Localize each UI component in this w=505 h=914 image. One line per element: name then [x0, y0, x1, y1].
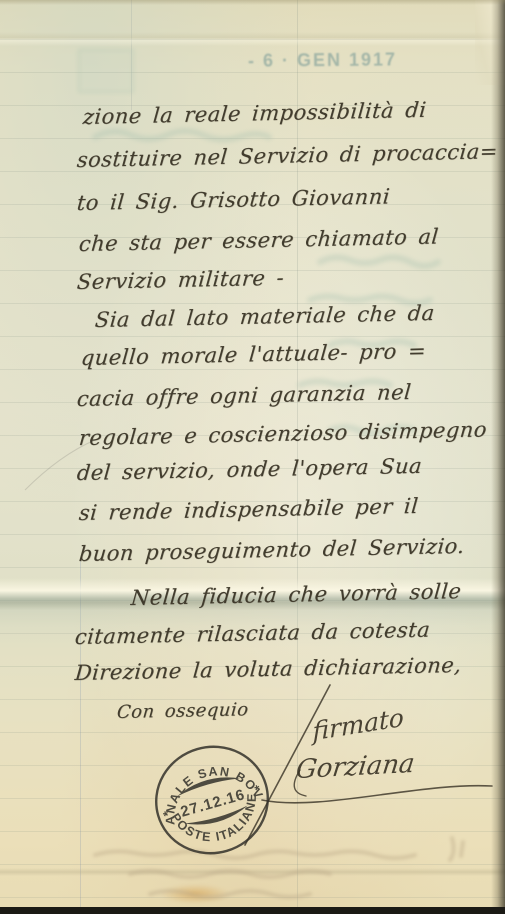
signature-word: firmato [312, 703, 404, 747]
letter-line: buon proseguimento del Servizio. [78, 533, 466, 567]
postmark-group: CANALE SAN BOVO POSTE ITALIANE * * 27.12… [150, 740, 274, 860]
ghost-pencil-mark [450, 838, 463, 860]
signature-underline-flourish [262, 786, 492, 803]
letter-line: del servizio, onde l'opera Sua [76, 453, 423, 486]
margin-rule-vertical [80, 560, 81, 914]
ghost-pencil-line [150, 891, 310, 897]
letter-line: Servizio militare - [76, 265, 285, 295]
letter-line: citamente rilasciata da cotesta [74, 617, 432, 650]
scan-edge-right-shadow [491, 0, 505, 914]
arrival-date-stamp: - 6 · GEN 1917 [248, 49, 418, 71]
letter-line: zione la reale impossibilità di [82, 97, 428, 130]
letter-closing: Con ossequio [116, 697, 250, 726]
ghost-pencil-line [130, 871, 330, 877]
fold-crease-top [0, 32, 505, 46]
letter-line: che sta per essere chiamato al [78, 223, 440, 257]
signature-name: Gorziana [294, 749, 416, 785]
letter-line: quello morale l'attuale- pro = [80, 338, 427, 371]
letter-line: Sia dal lato materiale che da [94, 300, 436, 333]
corner-fold [475, 0, 505, 85]
letter-line: cacia offre ogni garanzia nel [76, 379, 413, 412]
scan-edge-top [0, 0, 505, 5]
letter-line: Direzione la voluta dichiarazione, [74, 652, 463, 686]
fold-crease-lower [0, 868, 505, 876]
letter-line: sostituire nel Servizio di procaccia= [76, 138, 499, 173]
ghost-line [320, 257, 438, 266]
letter-line: regolare e coscienzioso disimpegno [78, 416, 488, 451]
letter-line: to il Sig. Grisotto Giovanni [76, 183, 391, 216]
age-stain [160, 884, 230, 904]
scanned-letter-page: - 6 · GEN 1917 zione la reale impossibil… [0, 0, 505, 914]
top-crease-vertical [131, 0, 132, 110]
ghost-form-box [79, 50, 133, 92]
letter-line: si rende indispensabile per il [78, 493, 420, 526]
scan-edge-bottom [0, 907, 505, 914]
letter-line: Nella fiducia che vorrà solle [130, 578, 463, 611]
ghost-line [95, 131, 269, 140]
postmark-canale-san-bovo: CANALE SAN BOVO POSTE ITALIANE * * 27.12… [150, 740, 274, 860]
postmark-date: 27.12.16 [179, 786, 248, 821]
